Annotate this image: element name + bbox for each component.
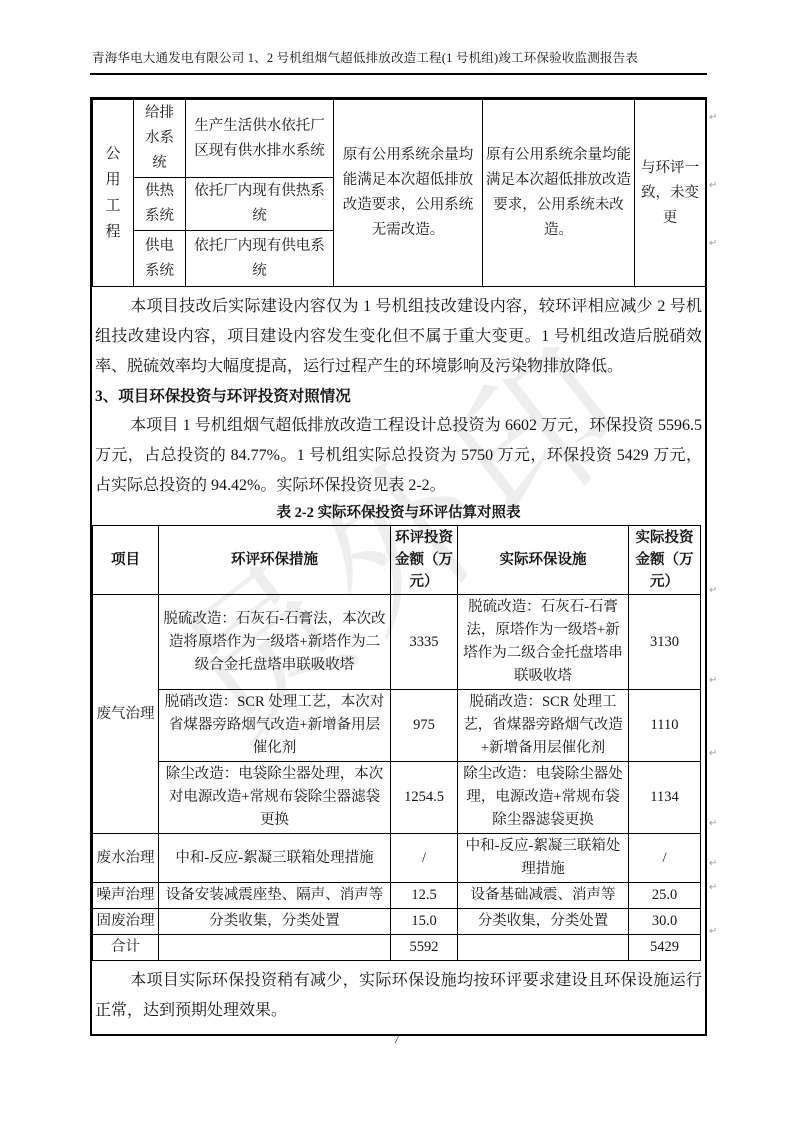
col-header-actual-facility: 实际环保设施 bbox=[458, 526, 629, 595]
table-row: 除尘改造：电袋除尘器处理，本次对电源改造+常规布袋除尘器滤袋更换 1254.5 … bbox=[93, 762, 701, 834]
category-cell: 噪声治理 bbox=[93, 883, 159, 909]
eia-amount-cell: 3335 bbox=[391, 595, 458, 690]
eia-measure-cell bbox=[159, 935, 391, 961]
body-text-block: 本项目技改后实际建设内容仅为 1 号机组技改建设内容，较环评相应减少 2 号机组… bbox=[92, 287, 705, 525]
line-break-mark: ↵ bbox=[709, 748, 717, 759]
closing-text-block: 本项目实际环保投资稍有减少，实际环保设施均按环评要求建设且环保设施运行正常，达到… bbox=[92, 961, 705, 1034]
category-cell: 废气治理 bbox=[93, 595, 159, 834]
change-status-label: 与环评一致，未变更 bbox=[641, 156, 699, 231]
category-cell: 固废治理 bbox=[93, 909, 159, 935]
line-break-mark: ↵ bbox=[709, 180, 717, 191]
paragraph-conclusion: 本项目实际环保投资稍有减少，实际环保设施均按环评要求建设且环保设施运行正常，达到… bbox=[95, 966, 702, 1026]
actual-amount-cell: 25.0 bbox=[629, 883, 701, 909]
actual-amount-cell: 1110 bbox=[629, 690, 701, 762]
section-heading: 3、项目环保投资与环评投资对照情况 bbox=[95, 382, 702, 411]
investment-table: 项目 环评环保措施 环评投资金额（万元） 实际环保设施 实际投资金额（万元） 废… bbox=[92, 525, 701, 961]
eia-amount-cell: 15.0 bbox=[391, 909, 458, 935]
actual-amount-cell: 1134 bbox=[629, 762, 701, 834]
line-break-mark: ↵ bbox=[709, 858, 717, 869]
eia-measure-cell: 分类收集，分类处置 bbox=[159, 909, 391, 935]
document-page: 员外印 青海华电大通发电有限公司 1、2 号机组烟气超低排放改造工程(1 号机组… bbox=[0, 0, 793, 1122]
line-break-mark: ↵ bbox=[709, 112, 717, 123]
category-cell: 合计 bbox=[93, 935, 159, 961]
eia-summary-cell: 原有公用系统余量均能满足本次超低排放改造要求，公用系统无需改造。 bbox=[334, 100, 483, 287]
col-header-eia-amount: 环评投资金额（万元） bbox=[391, 526, 458, 595]
utility-system-cell: 给排水系统 bbox=[134, 100, 186, 178]
table-row: 废气治理 脱硫改造：石灰石-石膏法，本次改造将原塔作为一级塔+新塔作为二级合金托… bbox=[93, 595, 701, 690]
table-row-total: 合计 5592 5429 bbox=[93, 935, 701, 961]
line-break-mark: ↵ bbox=[709, 238, 717, 249]
utility-category-cell: 公用工程 bbox=[93, 100, 134, 287]
eia-measure-cell: 中和-反应-絮凝三联箱处理措施 bbox=[159, 834, 391, 883]
eia-measure-cell: 除尘改造：电袋除尘器处理，本次对电源改造+常规布袋除尘器滤袋更换 bbox=[159, 762, 391, 834]
line-break-mark: ↵ bbox=[709, 585, 717, 596]
eia-amount-cell: 12.5 bbox=[391, 883, 458, 909]
actual-amount-cell: / bbox=[629, 834, 701, 883]
eia-amount-cell: / bbox=[391, 834, 458, 883]
actual-facility-cell: 除尘改造：电袋除尘器处理，电源改造+常规布袋除尘器滤袋更换 bbox=[458, 762, 629, 834]
actual-facility-cell: 脱硝改造：SCR 处理工艺，省煤器旁路烟气改造+新增备用层催化剂 bbox=[458, 690, 629, 762]
col-header-actual-amount: 实际投资金额（万元） bbox=[629, 526, 701, 595]
utility-desc-cell: 依托厂内现有供电系统 bbox=[186, 231, 334, 287]
actual-amount-cell: 5429 bbox=[629, 935, 701, 961]
eia-amount-cell: 5592 bbox=[391, 935, 458, 961]
utilities-row: 公用工程 给排水系统 生产生活供水依托厂区现有供水排水系统 原有公用系统余量均能… bbox=[93, 100, 706, 178]
utility-system-label: 供热系统 bbox=[144, 179, 176, 229]
report-form-frame: 公用工程 给排水系统 生产生活供水依托厂区现有供水排水系统 原有公用系统余量均能… bbox=[90, 97, 707, 1036]
actual-facility-cell: 设备基础减震、消声等 bbox=[458, 883, 629, 909]
table-row: 噪声治理 设备安装减震座垫、隔声、消声等 12.5 设备基础减震、消声等 25.… bbox=[93, 883, 701, 909]
eia-amount-cell: 975 bbox=[391, 690, 458, 762]
running-header: 青海华电大通发电有限公司 1、2 号机组烟气超低排放改造工程(1 号机组)竣工环… bbox=[92, 50, 708, 66]
actual-amount-cell: 30.0 bbox=[629, 909, 701, 935]
investment-header-row: 项目 环评环保措施 环评投资金额（万元） 实际环保设施 实际投资金额（万元） bbox=[93, 526, 701, 595]
actual-facility-cell bbox=[458, 935, 629, 961]
eia-measure-cell: 脱硝改造：SCR 处理工艺，本次对省煤器旁路烟气改造+新增备用层催化剂 bbox=[159, 690, 391, 762]
actual-summary-cell: 原有公用系统余量均能满足本次超低排放改造要求，公用系统未改造。 bbox=[483, 100, 635, 287]
utility-desc-cell: 依托厂内现有供热系统 bbox=[186, 178, 334, 231]
col-header-eia-measure: 环评环保措施 bbox=[159, 526, 391, 595]
utility-system-label: 给排水系统 bbox=[144, 101, 176, 176]
actual-facility-cell: 脱硫改造：石灰石-石膏法，原塔作为一级塔+新塔作为二级合金托盘塔串联吸收塔 bbox=[458, 595, 629, 690]
line-break-mark: ↵ bbox=[709, 882, 717, 893]
table-row: 脱硝改造：SCR 处理工艺，本次对省煤器旁路烟气改造+新增备用层催化剂 975 … bbox=[93, 690, 701, 762]
utility-category-label: 公用工程 bbox=[105, 141, 121, 245]
paragraph-investment-summary: 本项目 1 号机组烟气超低排放改造工程设计总投资为 6602 万元，环保投资 5… bbox=[95, 411, 702, 501]
utility-system-label: 供电系统 bbox=[144, 234, 176, 284]
change-status-cell: 与环评一致，未变更 bbox=[635, 100, 706, 287]
actual-facility-cell: 分类收集，分类处置 bbox=[458, 909, 629, 935]
actual-facility-cell: 中和-反应-絮凝三联箱处理措施 bbox=[458, 834, 629, 883]
col-header-project: 项目 bbox=[93, 526, 159, 595]
line-break-mark: ↵ bbox=[709, 818, 717, 829]
utility-desc-cell: 生产生活供水依托厂区现有供水排水系统 bbox=[186, 100, 334, 178]
table-caption: 表 2-2 实际环保投资与环评估算对照表 bbox=[95, 503, 702, 523]
eia-measure-cell: 设备安装减震座垫、隔声、消声等 bbox=[159, 883, 391, 909]
line-break-mark: ↵ bbox=[709, 926, 717, 937]
table-row: 废水治理 中和-反应-絮凝三联箱处理措施 / 中和-反应-絮凝三联箱处理措施 / bbox=[93, 834, 701, 883]
header-rule bbox=[90, 73, 707, 75]
eia-amount-cell: 1254.5 bbox=[391, 762, 458, 834]
actual-amount-cell: 3130 bbox=[629, 595, 701, 690]
utilities-table: 公用工程 给排水系统 生产生活供水依托厂区现有供水排水系统 原有公用系统余量均能… bbox=[92, 99, 706, 287]
utility-system-cell: 供热系统 bbox=[134, 178, 186, 231]
category-cell: 废水治理 bbox=[93, 834, 159, 883]
paragraph-change-summary: 本项目技改后实际建设内容仅为 1 号机组技改建设内容，较环评相应减少 2 号机组… bbox=[95, 292, 702, 382]
line-break-mark: ↵ bbox=[709, 675, 717, 686]
utility-system-cell: 供电系统 bbox=[134, 231, 186, 287]
eia-measure-cell: 脱硫改造：石灰石-石膏法，本次改造将原塔作为一级塔+新塔作为二级合金托盘塔串联吸… bbox=[159, 595, 391, 690]
table-row: 固废治理 分类收集，分类处置 15.0 分类收集，分类处置 30.0 bbox=[93, 909, 701, 935]
